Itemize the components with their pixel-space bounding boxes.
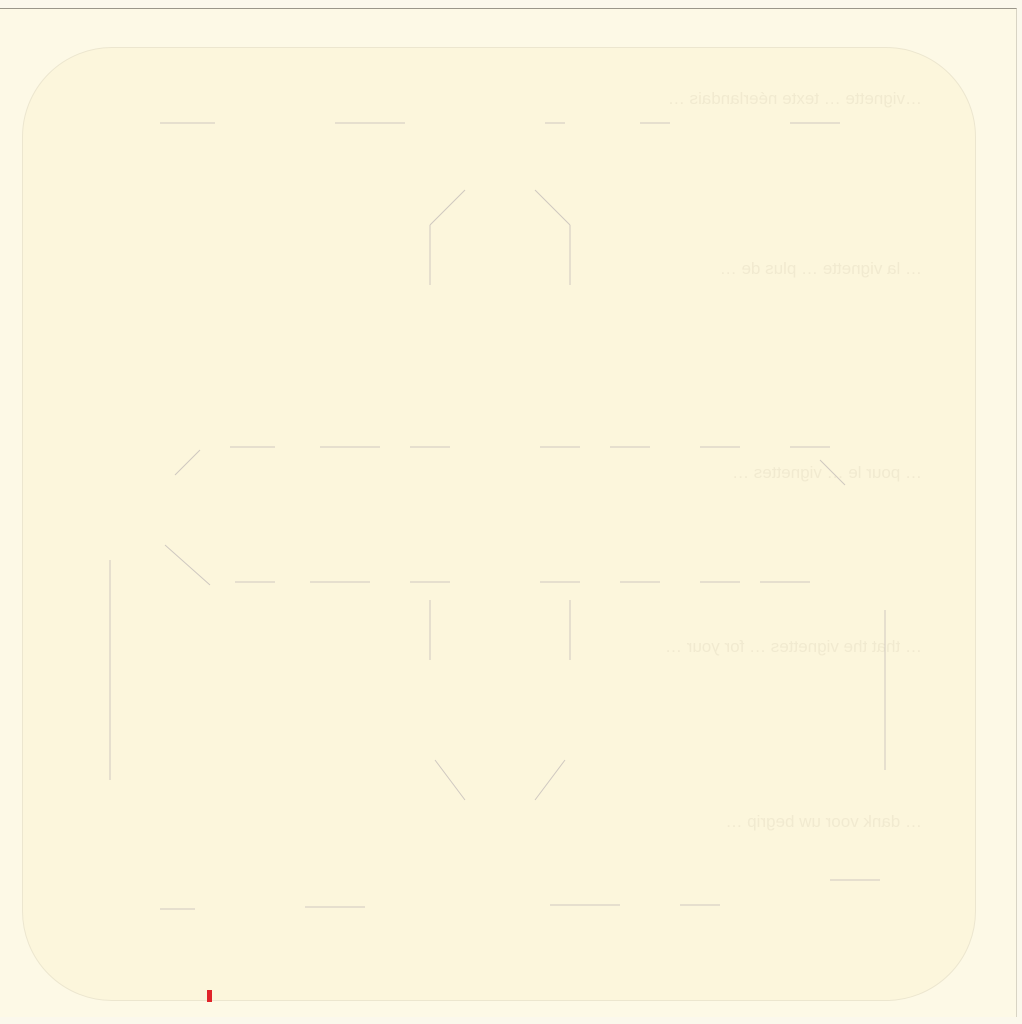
red-mark <box>207 990 212 1002</box>
die-cut-lines <box>0 0 1022 1024</box>
